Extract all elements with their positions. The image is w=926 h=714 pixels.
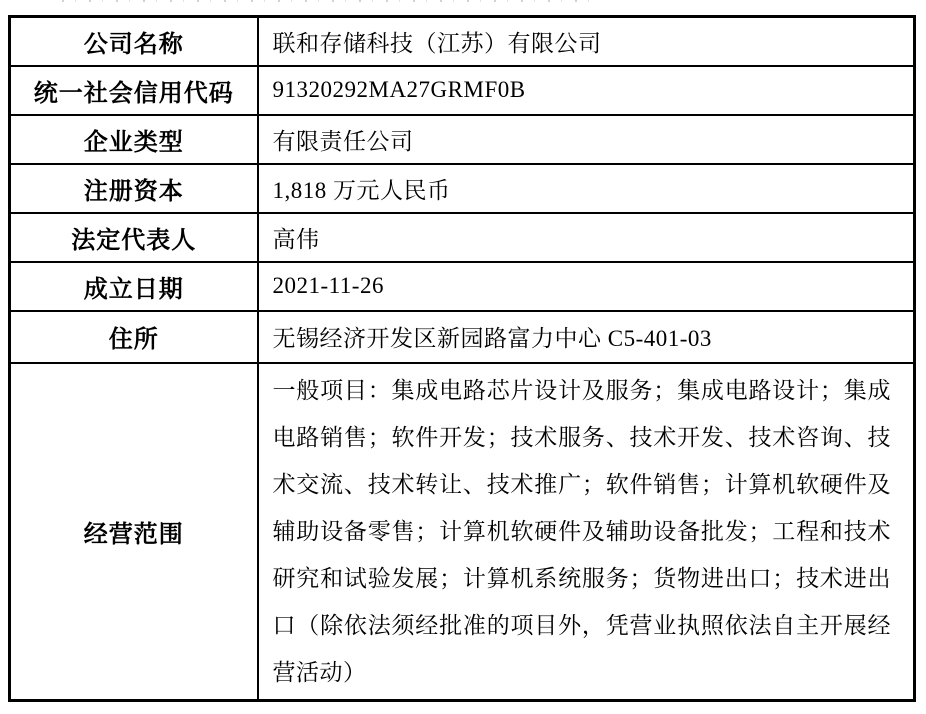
table-row-uscc: 统一社会信用代码 91320292MA27GRMF0B xyxy=(10,66,915,115)
document-page: 公司名称 联和存储科技（江苏）有限公司 统一社会信用代码 91320292MA2… xyxy=(0,0,926,714)
table-row-company-name: 公司名称 联和存储科技（江苏）有限公司 xyxy=(10,17,915,66)
legal-representative-label: 法定代表人 xyxy=(10,213,258,262)
table-row-enterprise-type: 企业类型 有限责任公司 xyxy=(10,115,915,164)
table-row-legal-representative: 法定代表人 高伟 xyxy=(10,213,915,262)
address-value: 无锡经济开发区新园路富力中心 C5-401-03 xyxy=(258,311,915,363)
legal-representative-value: 高伟 xyxy=(258,213,915,262)
enterprise-type-label: 企业类型 xyxy=(10,115,258,164)
registered-capital-value: 1,818 万元人民币 xyxy=(258,164,915,213)
uscc-label: 统一社会信用代码 xyxy=(10,66,258,115)
company-info-table: 公司名称 联和存储科技（江苏）有限公司 统一社会信用代码 91320292MA2… xyxy=(8,15,916,702)
business-scope-label: 经营范围 xyxy=(10,363,258,701)
establishment-date-value: 2021-11-26 xyxy=(258,262,915,311)
table-row-business-scope: 经营范围 一般项目：集成电路芯片设计及服务；集成电路设计；集成电路销售；软件开发… xyxy=(10,363,915,701)
company-name-label: 公司名称 xyxy=(10,17,258,66)
uscc-value: 91320292MA27GRMF0B xyxy=(258,66,915,115)
business-scope-value: 一般项目：集成电路芯片设计及服务；集成电路设计；集成电路销售；软件开发；技术服务… xyxy=(258,363,915,701)
registered-capital-label: 注册资本 xyxy=(10,164,258,213)
table-row-registered-capital: 注册资本 1,818 万元人民币 xyxy=(10,164,915,213)
address-label: 住所 xyxy=(10,311,258,363)
cropped-text-remnant xyxy=(62,0,592,2)
table-row-address: 住所 无锡经济开发区新园路富力中心 C5-401-03 xyxy=(10,311,915,363)
enterprise-type-value: 有限责任公司 xyxy=(258,115,915,164)
table-row-establishment-date: 成立日期 2021-11-26 xyxy=(10,262,915,311)
company-name-value: 联和存储科技（江苏）有限公司 xyxy=(258,17,915,66)
establishment-date-label: 成立日期 xyxy=(10,262,258,311)
